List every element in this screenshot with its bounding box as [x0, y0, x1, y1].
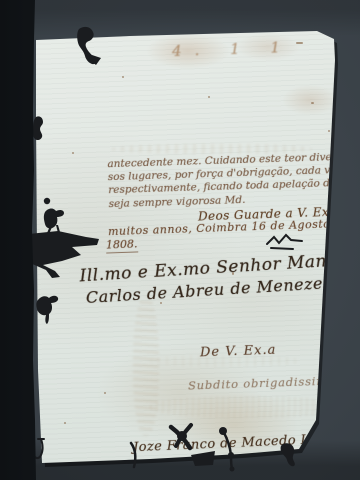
manuscript-scan: 4. 1 1 antecedente mez. Cuidando este te… — [0, 0, 360, 480]
year-underlined: 1808. — [106, 237, 138, 253]
foxing-spot — [72, 152, 74, 154]
addressee-block: Ill.mo e Ex.mo Senhor Manoel Carlos de A… — [79, 249, 356, 308]
closing-formula: De V. Ex.a — [200, 343, 277, 361]
foxing-spot — [208, 96, 210, 98]
closing-formula: Subdito obrigadissimo — [188, 373, 336, 392]
foxing-spot — [122, 76, 124, 78]
ink-bleedthrough — [150, 396, 340, 418]
foxing-spot — [311, 102, 314, 104]
page-corner-marks: 4. 1 1 — [172, 38, 293, 60]
manuscript-page: 4. 1 1 antecedente mez. Cuidando este te… — [0, 0, 360, 480]
foxing-spot — [104, 392, 106, 394]
foxing-spot — [328, 130, 330, 132]
ink-blot — [230, 467, 235, 472]
letter-body: antecedente mez. Cuidando este teor dive… — [107, 150, 360, 211]
ink-bleedthrough — [133, 296, 159, 436]
valediction-date-line: muitos annos, Coimbra 16 de Agosto de — [108, 217, 349, 238]
foxing-spot — [296, 42, 303, 44]
foxing-spot — [64, 422, 66, 424]
